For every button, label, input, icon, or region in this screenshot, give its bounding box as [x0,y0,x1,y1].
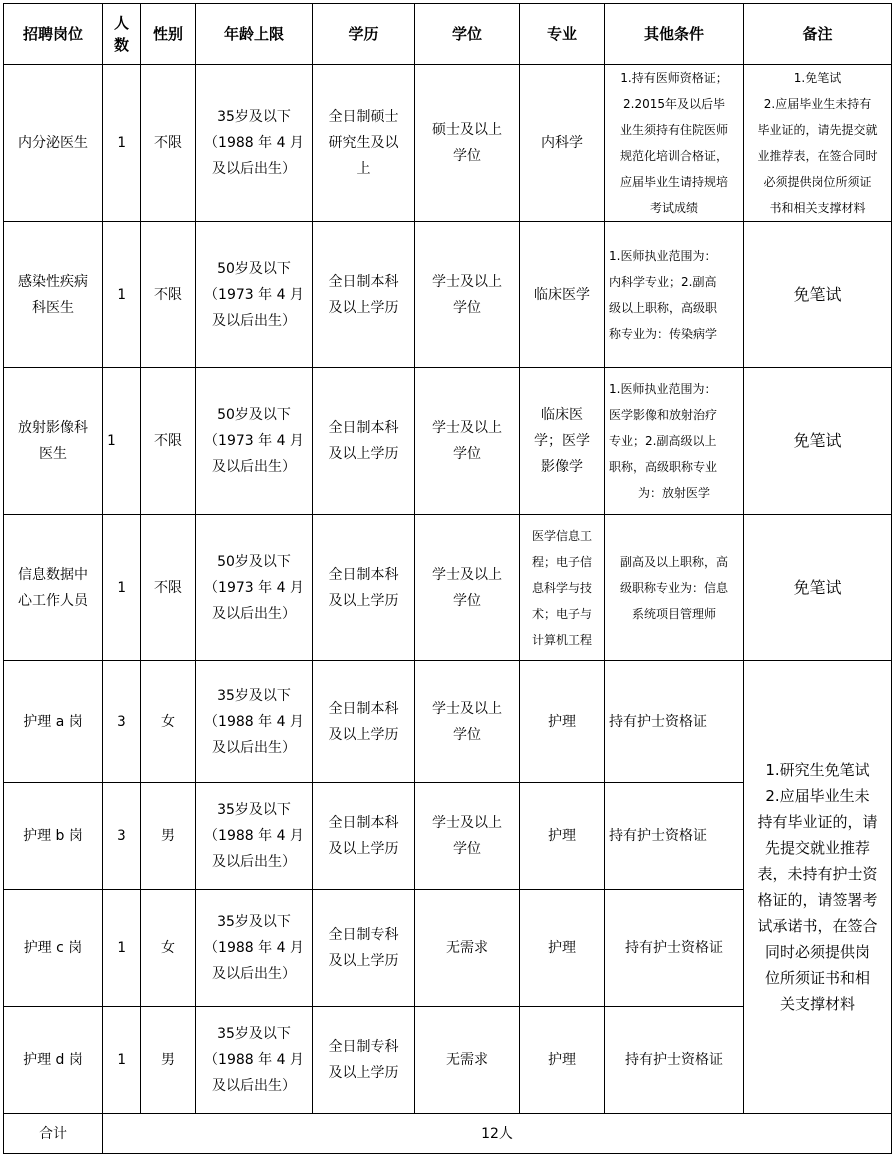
count-cell: 1 [103,65,141,222]
count-cell: 1 [103,222,141,368]
table-row: 感染性疾病 科医生 1 不限 50岁及以下 （1973 年 4 月 及以后出生）… [4,222,892,368]
total-row: 合计 12人 [4,1114,892,1154]
note-cell: 免笔试 [744,222,892,368]
count-cell: 1 [103,1007,141,1114]
header-gender: 性别 [141,4,196,65]
age-cell: 35岁及以下 （1988 年 4 月 及以后出生） [196,661,313,783]
education-cell: 全日制本科 及以上学历 [313,222,415,368]
nursing-note-cell: 1.研究生免笔试 2.应届毕业生未 持有毕业证的，请 先提交就业推荐 表，未持有… [744,661,892,1114]
table-row: 内分泌医生 1 不限 35岁及以下 （1988 年 4 月 及以后出生） 全日制… [4,65,892,222]
education-cell: 全日制本科 及以上学历 [313,368,415,515]
header-note: 备注 [744,4,892,65]
age-cell: 35岁及以下 （1988 年 4 月 及以后出生） [196,65,313,222]
note-cell: 1.免笔试 2.应届毕业生未持有 毕业证的，请先提交就 业推荐表，在签合同时 必… [744,65,892,222]
header-count: 人 数 [103,4,141,65]
header-degree: 学位 [415,4,520,65]
education-cell: 全日制本科 及以上学历 [313,515,415,661]
other-cell: 1.医师执业范围为： 内科学专业；2.副高 级以上职称，高级职 称专业为：传染病… [605,222,744,368]
count-cell: 3 [103,661,141,783]
count-cell: 3 [103,783,141,890]
header-other: 其他条件 [605,4,744,65]
other-cell: 持有护士资格证 [605,661,744,783]
table-row: 护理 a 岗 3 女 35岁及以下 （1988 年 4 月 及以后出生） 全日制… [4,661,892,783]
education-cell: 全日制专科 及以上学历 [313,1007,415,1114]
major-cell: 临床医 学；医学 影像学 [520,368,605,515]
gender-cell: 不限 [141,222,196,368]
gender-cell: 男 [141,783,196,890]
education-cell: 全日制硕士 研究生及以 上 [313,65,415,222]
major-cell: 医学信息工 程；电子信 息科学与技 术；电子与 计算机工程 [520,515,605,661]
degree-cell: 学士及以上 学位 [415,783,520,890]
count-cell: 1 [103,515,141,661]
degree-cell: 学士及以上 学位 [415,661,520,783]
education-cell: 全日制本科 及以上学历 [313,783,415,890]
gender-cell: 不限 [141,65,196,222]
count-cell: 1 [103,890,141,1007]
total-value: 12人 [103,1114,892,1154]
gender-cell: 不限 [141,515,196,661]
note-cell: 免笔试 [744,368,892,515]
total-label: 合计 [4,1114,103,1154]
table-row: 放射影像科 医生 1 不限 50岁及以下 （1973 年 4 月 及以后出生） … [4,368,892,515]
degree-cell: 硕士及以上 学位 [415,65,520,222]
degree-cell: 学士及以上 学位 [415,222,520,368]
position-cell: 护理 a 岗 [4,661,103,783]
position-cell: 放射影像科 医生 [4,368,103,515]
major-cell: 护理 [520,661,605,783]
education-cell: 全日制专科 及以上学历 [313,890,415,1007]
degree-cell: 学士及以上 学位 [415,515,520,661]
other-cell: 1.持有医师资格证； 2.2015年及以后毕 业生须持有住院医师 规范化培训合格… [605,65,744,222]
age-cell: 50岁及以下 （1973 年 4 月 及以后出生） [196,515,313,661]
gender-cell: 女 [141,661,196,783]
header-age: 年龄上限 [196,4,313,65]
degree-cell: 无需求 [415,890,520,1007]
age-cell: 35岁及以下 （1988 年 4 月 及以后出生） [196,890,313,1007]
other-cell: 1.医师执业范围为： 医学影像和放射治疗 专业；2.副高级以上 职称，高级职称专… [605,368,744,515]
position-cell: 护理 d 岗 [4,1007,103,1114]
position-cell: 护理 c 岗 [4,890,103,1007]
table-row: 信息数据中 心工作人员 1 不限 50岁及以下 （1973 年 4 月 及以后出… [4,515,892,661]
position-cell: 护理 b 岗 [4,783,103,890]
age-cell: 50岁及以下 （1973 年 4 月 及以后出生） [196,222,313,368]
header-position: 招聘岗位 [4,4,103,65]
major-cell: 临床医学 [520,222,605,368]
education-cell: 全日制本科 及以上学历 [313,661,415,783]
degree-cell: 无需求 [415,1007,520,1114]
major-cell: 内科学 [520,65,605,222]
header-row: 招聘岗位 人 数 性别 年龄上限 学历 学位 专业 其他条件 备注 [4,4,892,65]
major-cell: 护理 [520,783,605,890]
other-cell: 持有护士资格证 [605,1007,744,1114]
position-cell: 感染性疾病 科医生 [4,222,103,368]
other-cell: 持有护士资格证 [605,783,744,890]
gender-cell: 不限 [141,368,196,515]
other-cell: 持有护士资格证 [605,890,744,1007]
age-cell: 35岁及以下 （1988 年 4 月 及以后出生） [196,783,313,890]
header-education: 学历 [313,4,415,65]
other-cell: 副高及以上职称，高 级职称专业为：信息 系统项目管理师 [605,515,744,661]
major-cell: 护理 [520,1007,605,1114]
age-cell: 35岁及以下 （1988 年 4 月 及以后出生） [196,1007,313,1114]
age-cell: 50岁及以下 （1973 年 4 月 及以后出生） [196,368,313,515]
degree-cell: 学士及以上 学位 [415,368,520,515]
header-major: 专业 [520,4,605,65]
note-cell: 免笔试 [744,515,892,661]
position-cell: 内分泌医生 [4,65,103,222]
major-cell: 护理 [520,890,605,1007]
position-cell: 信息数据中 心工作人员 [4,515,103,661]
recruitment-table: 招聘岗位 人 数 性别 年龄上限 学历 学位 专业 其他条件 备注 内分泌医生 … [3,3,892,1154]
gender-cell: 男 [141,1007,196,1114]
gender-cell: 女 [141,890,196,1007]
count-cell: 1 [103,368,141,515]
